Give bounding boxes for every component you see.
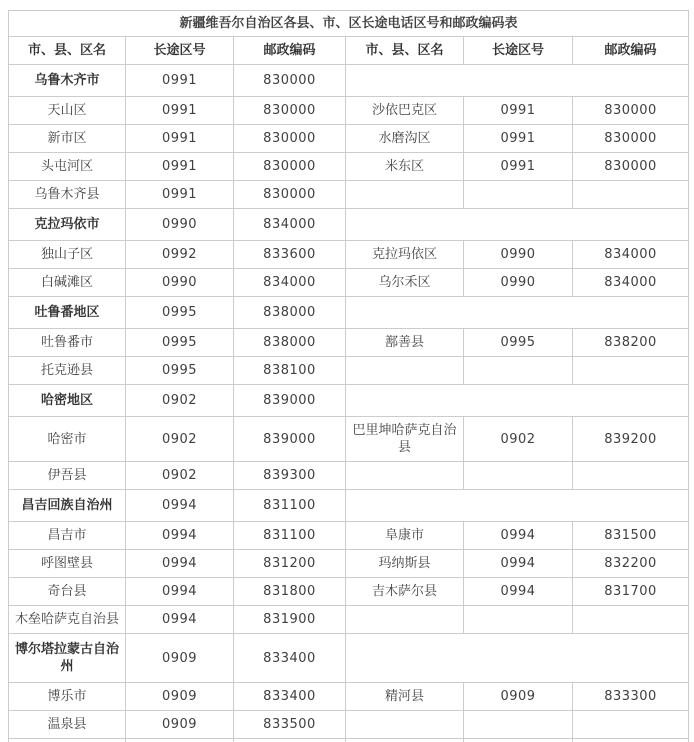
area-code-table: 新疆维吾尔自治区各县、市、区长途电话区号和邮政编码表 市、县、区名 长途区号 邮… [8, 10, 689, 742]
area-code-cell: 0909 [126, 711, 234, 739]
table-row: 木垒哈萨克自治县0994831900 [9, 606, 689, 634]
postal-code-cell: 834000 [573, 241, 689, 269]
region-name-cell [346, 462, 464, 490]
area-code-cell: 0991 [126, 153, 234, 181]
postal-code-cell: 831700 [573, 578, 689, 606]
area-code-cell [464, 606, 573, 634]
region-name-cell: 新市区 [9, 125, 126, 153]
postal-code-cell [573, 462, 689, 490]
region-name-cell: 博尔塔拉蒙古自治州 [9, 634, 126, 683]
table-row: 白碱滩区0990834000乌尔禾区0990834000 [9, 269, 689, 297]
region-name-cell: 精河县 [346, 683, 464, 711]
area-code-cell [464, 711, 573, 739]
area-code-cell: 0991 [126, 181, 234, 209]
region-name-cell: 吐鲁番地区 [9, 297, 126, 329]
postal-code-cell: 830000 [234, 153, 346, 181]
region-name-cell: 独山子区 [9, 241, 126, 269]
postal-code-cell: 838000 [234, 329, 346, 357]
area-code-cell: 0909 [126, 683, 234, 711]
postal-code-cell: 832200 [573, 550, 689, 578]
empty-span-cell [346, 65, 689, 97]
area-code-cell: 0902 [126, 462, 234, 490]
table-row: 博乐市0909833400精河县0909833300 [9, 683, 689, 711]
table-row: 呼图壁县0994831200玛纳斯县0994832200 [9, 550, 689, 578]
empty-span-cell [346, 490, 689, 522]
table-row: 托克逊县0995838100 [9, 357, 689, 385]
postal-code-cell [573, 606, 689, 634]
table-row [9, 739, 689, 742]
area-code-cell: 0909 [464, 683, 573, 711]
region-name-cell: 哈密地区 [9, 385, 126, 417]
region-name-cell [346, 357, 464, 385]
postal-code-cell: 831800 [234, 578, 346, 606]
postal-code-cell: 831900 [234, 606, 346, 634]
region-name-cell: 水磨沟区 [346, 125, 464, 153]
empty-span-cell [346, 297, 689, 329]
header-row: 市、县、区名 长途区号 邮政编码 市、县、区名 长途区号 邮政编码 [9, 37, 689, 65]
region-name-cell: 乌鲁木齐市 [9, 65, 126, 97]
region-name-cell: 博乐市 [9, 683, 126, 711]
title-row: 新疆维吾尔自治区各县、市、区长途电话区号和邮政编码表 [9, 11, 689, 37]
area-code-cell [464, 739, 573, 742]
region-name-cell: 玛纳斯县 [346, 550, 464, 578]
section-row: 哈密地区0902839000 [9, 385, 689, 417]
table-row: 乌鲁木齐县0991830000 [9, 181, 689, 209]
postal-code-cell: 830000 [234, 125, 346, 153]
region-name-cell [346, 181, 464, 209]
region-name-cell: 克拉玛依区 [346, 241, 464, 269]
postal-code-cell: 839200 [573, 417, 689, 462]
area-code-cell [464, 462, 573, 490]
section-row: 克拉玛依市0990834000 [9, 209, 689, 241]
region-name-cell [346, 606, 464, 634]
area-code-cell: 0990 [464, 269, 573, 297]
area-code-cell: 0991 [126, 125, 234, 153]
postal-code-cell: 839000 [234, 385, 346, 417]
postal-code-cell: 833400 [234, 634, 346, 683]
postal-code-cell [573, 739, 689, 742]
postal-code-cell: 831200 [234, 550, 346, 578]
empty-span-cell [346, 385, 689, 417]
postal-code-cell: 831500 [573, 522, 689, 550]
col-header-area-code-left: 长途区号 [126, 37, 234, 65]
region-name-cell: 吐鲁番市 [9, 329, 126, 357]
region-name-cell: 阜康市 [346, 522, 464, 550]
postal-code-cell: 830000 [573, 153, 689, 181]
area-code-cell: 0990 [464, 241, 573, 269]
region-name-cell [346, 739, 464, 742]
area-code-cell: 0994 [464, 522, 573, 550]
area-code-cell: 0994 [126, 606, 234, 634]
postal-code-cell: 838000 [234, 297, 346, 329]
area-code-cell [464, 181, 573, 209]
area-code-cell: 0902 [464, 417, 573, 462]
table-row: 独山子区0992833600克拉玛依区0990834000 [9, 241, 689, 269]
section-row: 乌鲁木齐市0991830000 [9, 65, 689, 97]
table-row: 新市区0991830000水磨沟区0991830000 [9, 125, 689, 153]
table-row: 昌吉市0994831100阜康市0994831500 [9, 522, 689, 550]
col-header-region-right: 市、县、区名 [346, 37, 464, 65]
region-name-cell: 呼图壁县 [9, 550, 126, 578]
area-code-cell: 0991 [464, 153, 573, 181]
postal-code-cell [234, 739, 346, 742]
page: 新疆维吾尔自治区各县、市、区长途电话区号和邮政编码表 市、县、区名 长途区号 邮… [0, 0, 694, 742]
area-code-cell: 0902 [126, 417, 234, 462]
region-name-cell: 鄯善县 [346, 329, 464, 357]
area-code-cell: 0990 [126, 269, 234, 297]
area-code-cell: 0994 [126, 550, 234, 578]
table-title: 新疆维吾尔自治区各县、市、区长途电话区号和邮政编码表 [9, 11, 689, 37]
region-name-cell: 克拉玛依市 [9, 209, 126, 241]
table-row: 天山区0991830000沙依巴克区0991830000 [9, 97, 689, 125]
area-code-cell: 0902 [126, 385, 234, 417]
postal-code-cell [573, 357, 689, 385]
postal-code-cell: 833600 [234, 241, 346, 269]
area-code-cell: 0994 [126, 490, 234, 522]
region-name-cell: 头屯河区 [9, 153, 126, 181]
col-header-area-code-right: 长途区号 [464, 37, 573, 65]
postal-code-cell: 830000 [234, 65, 346, 97]
postal-code-cell [573, 181, 689, 209]
region-name-cell: 奇台县 [9, 578, 126, 606]
region-name-cell: 吉木萨尔县 [346, 578, 464, 606]
area-code-cell: 0991 [464, 125, 573, 153]
section-row: 博尔塔拉蒙古自治州0909833400 [9, 634, 689, 683]
postal-code-cell: 833500 [234, 711, 346, 739]
postal-code-cell: 839000 [234, 417, 346, 462]
area-code-cell: 0909 [126, 634, 234, 683]
region-name-cell: 巴里坤哈萨克自治县 [346, 417, 464, 462]
area-code-cell: 0994 [126, 578, 234, 606]
region-name-cell: 乌鲁木齐县 [9, 181, 126, 209]
region-name-cell: 白碱滩区 [9, 269, 126, 297]
area-code-cell: 0995 [126, 329, 234, 357]
postal-code-cell: 830000 [234, 181, 346, 209]
area-code-cell: 0991 [126, 65, 234, 97]
table-row: 奇台县0994831800吉木萨尔县0994831700 [9, 578, 689, 606]
table-row: 吐鲁番市0995838000鄯善县0995838200 [9, 329, 689, 357]
area-code-cell: 0994 [126, 522, 234, 550]
region-name-cell: 昌吉市 [9, 522, 126, 550]
area-code-cell: 0991 [126, 97, 234, 125]
region-name-cell: 木垒哈萨克自治县 [9, 606, 126, 634]
region-name-cell: 温泉县 [9, 711, 126, 739]
postal-code-cell: 833300 [573, 683, 689, 711]
region-name-cell: 天山区 [9, 97, 126, 125]
col-header-postal-code-left: 邮政编码 [234, 37, 346, 65]
area-code-cell [126, 739, 234, 742]
postal-code-cell: 833400 [234, 683, 346, 711]
col-header-region-left: 市、县、区名 [9, 37, 126, 65]
area-code-cell: 0994 [464, 550, 573, 578]
region-name-cell [346, 711, 464, 739]
area-code-cell: 0995 [464, 329, 573, 357]
empty-span-cell [346, 634, 689, 683]
region-name-cell: 托克逊县 [9, 357, 126, 385]
table-row: 温泉县0909833500 [9, 711, 689, 739]
empty-span-cell [346, 209, 689, 241]
table-row: 伊吾县0902839300 [9, 462, 689, 490]
region-name-cell: 昌吉回族自治州 [9, 490, 126, 522]
postal-code-cell: 831100 [234, 522, 346, 550]
postal-code-cell: 838100 [234, 357, 346, 385]
region-name-cell [9, 739, 126, 742]
postal-code-cell: 839300 [234, 462, 346, 490]
area-code-cell [464, 357, 573, 385]
region-name-cell: 沙依巴克区 [346, 97, 464, 125]
postal-code-cell: 834000 [573, 269, 689, 297]
col-header-postal-code-right: 邮政编码 [573, 37, 689, 65]
postal-code-cell: 838200 [573, 329, 689, 357]
postal-code-cell: 830000 [573, 97, 689, 125]
postal-code-cell: 831100 [234, 490, 346, 522]
area-code-cell: 0992 [126, 241, 234, 269]
area-code-cell: 0991 [464, 97, 573, 125]
section-row: 吐鲁番地区0995838000 [9, 297, 689, 329]
area-code-cell: 0995 [126, 357, 234, 385]
region-name-cell: 乌尔禾区 [346, 269, 464, 297]
section-row: 昌吉回族自治州0994831100 [9, 490, 689, 522]
area-code-cell: 0990 [126, 209, 234, 241]
area-code-cell: 0994 [464, 578, 573, 606]
postal-code-cell: 834000 [234, 209, 346, 241]
area-code-cell: 0995 [126, 297, 234, 329]
table-row: 哈密市0902839000巴里坤哈萨克自治县0902839200 [9, 417, 689, 462]
region-name-cell: 伊吾县 [9, 462, 126, 490]
postal-code-cell [573, 711, 689, 739]
region-name-cell: 米东区 [346, 153, 464, 181]
table-row: 头屯河区0991830000米东区0991830000 [9, 153, 689, 181]
table-body: 乌鲁木齐市0991830000天山区0991830000沙依巴克区0991830… [9, 65, 689, 742]
postal-code-cell: 830000 [234, 97, 346, 125]
postal-code-cell: 830000 [573, 125, 689, 153]
region-name-cell: 哈密市 [9, 417, 126, 462]
postal-code-cell: 834000 [234, 269, 346, 297]
